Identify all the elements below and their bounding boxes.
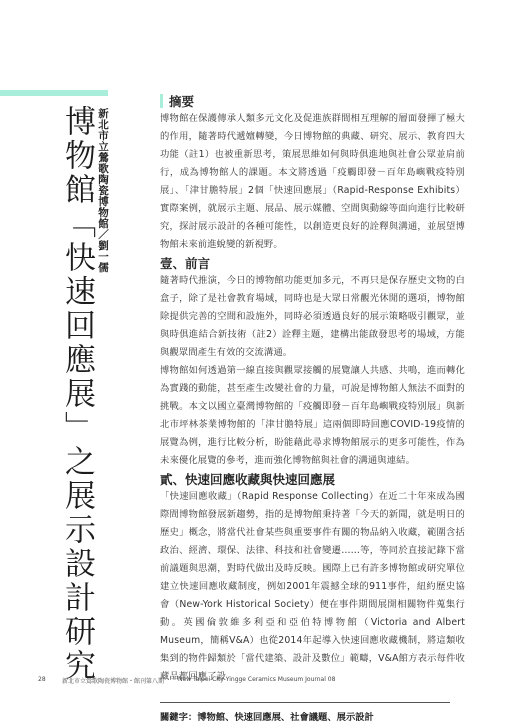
page-number: 28 (38, 676, 48, 685)
section-heading-rapid-response: 貳、快速回應收藏與快速回應展 (160, 470, 465, 488)
paragraph: 「快速回應收藏」（Rapid Response Collecting）在近二十年… (160, 488, 465, 686)
journal-name-en: New Taipei City Yingge Ceramics Museum J… (178, 676, 335, 685)
article-author: 新北市立鶯歌陶瓷博物館／劉一儒 (97, 108, 109, 273)
keywords-divider (160, 702, 450, 703)
page-footer: 28 新北市立鶯歌陶瓷博物館・館刊第八期 New Taipei City Yin… (38, 676, 335, 685)
paragraph: 博物館如何透過第一線直接與觀眾接觸的展覽讓人共感、共鳴，進而轉化為實踐的動能，甚… (160, 362, 465, 470)
heading-marker-icon (160, 94, 163, 108)
paragraph: 隨著時代推演，今日的博物館功能更加多元，不再只是保存歷史文物的白盒子，除了是社會… (160, 272, 465, 362)
journal-name-zh: 新北市立鶯歌陶瓷博物館・館刊第八期 (62, 676, 164, 685)
abstract-text: 博物館在保護傳承人類多元文化及促進族群間相互理解的層面發揮了極大的作用，隨著時代… (160, 110, 465, 254)
abstract-heading: 摘要 (160, 92, 465, 110)
article-body: 摘要 博物館在保護傳承人類多元文化及促進族群間相互理解的層面發揮了極大的作用，隨… (160, 92, 465, 723)
abstract-heading-label: 摘要 (169, 92, 194, 110)
article-title: 博物館「快速回應展」之展示設計研究 (60, 105, 94, 683)
accent-bar (0, 90, 108, 96)
keywords: 關鍵字：博物館、快速回應展、社會議題、展示設計 (160, 709, 465, 723)
section-heading-introduction: 壹、前言 (160, 254, 465, 272)
